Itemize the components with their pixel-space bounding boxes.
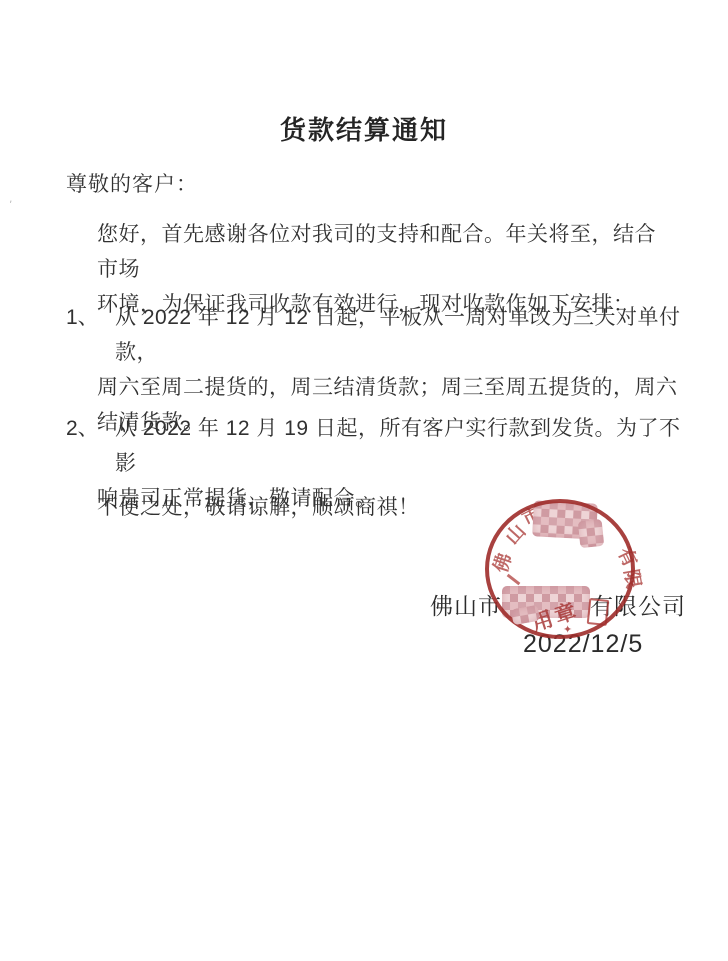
notice-document: 货款结算通知 ' 尊敬的客户： 您好，首先感谢各位对我司的支持和配合。年关将至，… bbox=[0, 0, 728, 961]
list-item-1-line: 周六至周二提货的，周三结清货款；周三至周五提货的，周六 bbox=[97, 370, 681, 405]
company-seal-stamp: 佛 山 市 有 限 用章 ✦ bbox=[485, 499, 635, 639]
list-item-2-marker: 2、 bbox=[66, 411, 99, 446]
list-item-2-line: 从 2022 年 12 月 19 日起，所有客户实行款到发货。为了不影 bbox=[97, 411, 681, 481]
list-item-1-marker: 1、 bbox=[66, 300, 99, 335]
scan-artifact-mark: ' bbox=[8, 199, 13, 211]
intro-line: 您好，首先感谢各位对我司的支持和配合。年关将至，结合市场 bbox=[97, 217, 677, 287]
document-title: 货款结算通知 bbox=[0, 110, 728, 147]
stamp-ring bbox=[485, 499, 635, 639]
list-item-1-line: 从 2022 年 12 月 12 日起，平板从一周对单改为三天对单付款， bbox=[97, 300, 681, 370]
salutation: 尊敬的客户： bbox=[66, 168, 198, 198]
